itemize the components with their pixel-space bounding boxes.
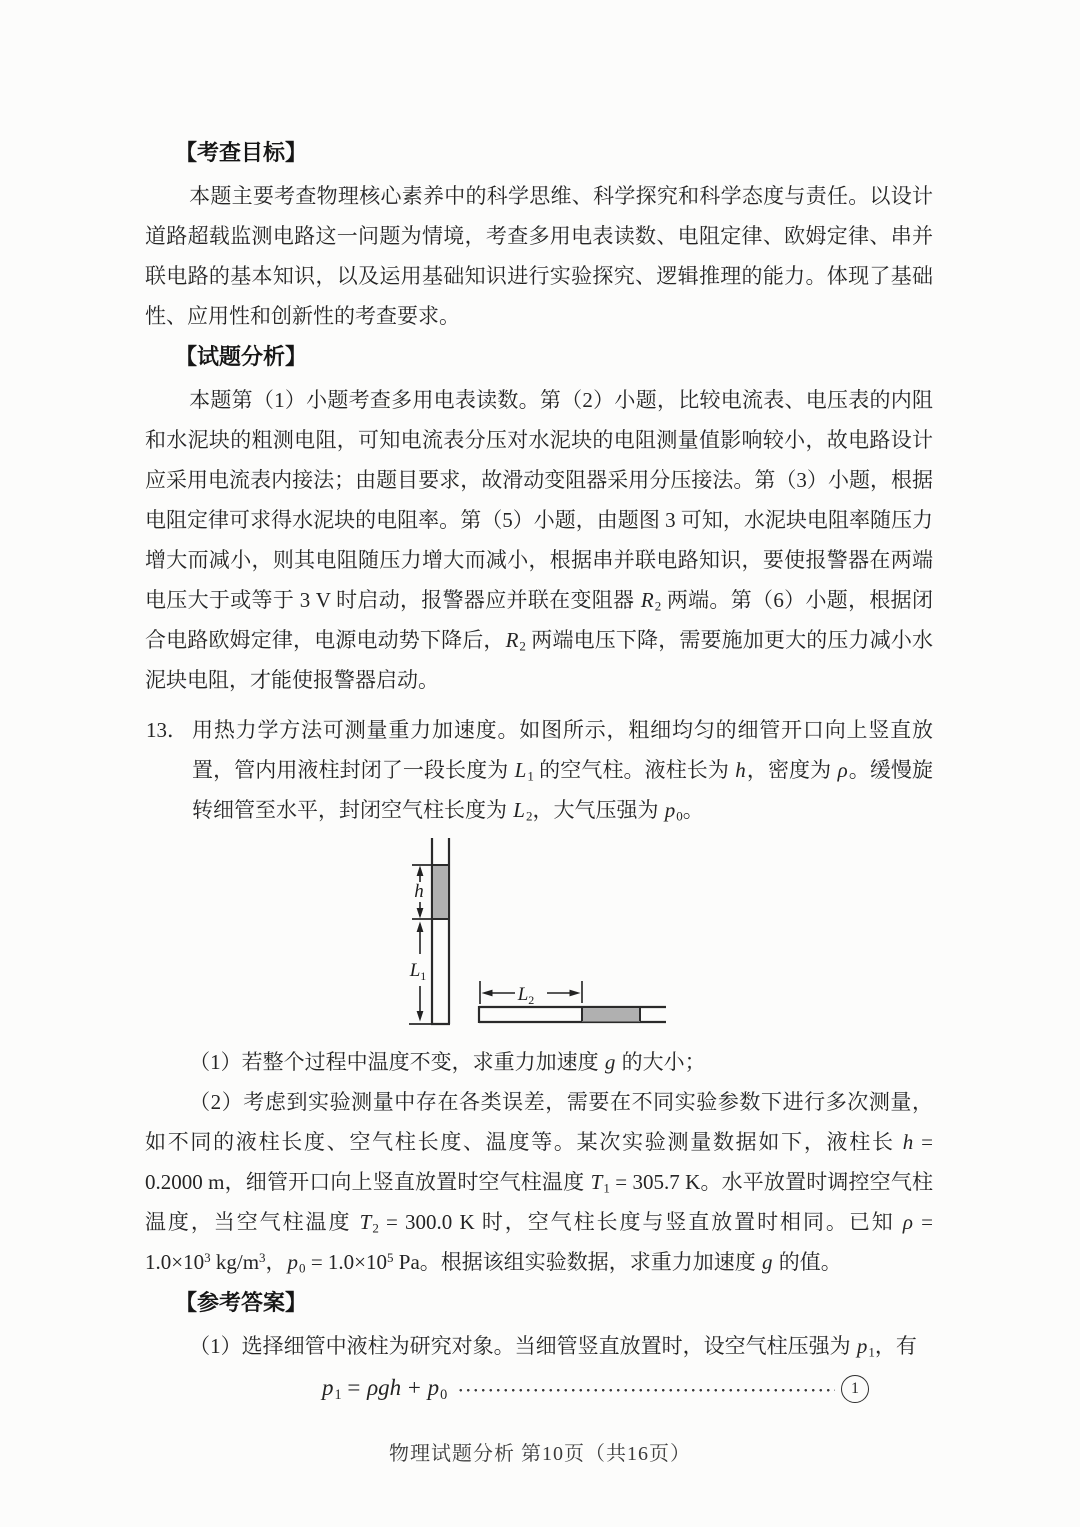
- equation-dot-leader: [457, 1368, 835, 1408]
- question-13: 13． 用热力学方法可测量重力加速度。如图所示，粗细均匀的细管开口向上竖直放置，…: [145, 710, 933, 830]
- objectives-paragraph: 本题主要考查物理核心素养中的科学思维、科学探究和科学态度与责任。以设计道路超载监…: [145, 176, 933, 336]
- analysis-heading: 【试题分析】: [175, 342, 933, 372]
- question-number: 13．: [145, 710, 192, 830]
- figure-wrap: h L1: [393, 834, 685, 1040]
- page-content: 【考查目标】 本题主要考查物理核心素养中的科学思维、科学探究和科学态度与责任。以…: [145, 138, 933, 1408]
- liquid-column-vertical: [433, 865, 448, 919]
- question-part2: （2）考虑到实验测量中存在各类误差，需要在不同实验参数下进行多次测量，如不同的液…: [145, 1082, 933, 1282]
- l1-label: L1: [409, 960, 427, 983]
- question-figure: h L1: [393, 834, 685, 1040]
- equation-number-badge: 1: [841, 1375, 869, 1403]
- question-body: 用热力学方法可测量重力加速度。如图所示，粗细均匀的细管开口向上竖直放置，管内用液…: [192, 710, 933, 830]
- question-part1: （1）若整个过程中温度不变，求重力加速度 g 的大小；: [145, 1042, 933, 1082]
- analysis-paragraph: 本题第（1）小题考查多用电表读数。第（2）小题，比较电流表、电压表的内阻和水泥块…: [145, 380, 933, 700]
- l2-label: L2: [517, 984, 535, 1007]
- equation-1: p1 = ρgh + p0: [321, 1368, 447, 1408]
- liquid-column-horizontal: [582, 1008, 640, 1022]
- objectives-heading: 【考查目标】: [175, 138, 933, 168]
- document-page: 【考查目标】 本题主要考查物理核心素养中的科学思维、科学探究和科学态度与责任。以…: [0, 0, 1080, 1527]
- page-footer: 物理试题分析 第10页（共16页）: [0, 1437, 1080, 1466]
- answer-line1: （1）选择细管中液柱为研究对象。当细管竖直放置时，设空气柱压强为 p1，有: [145, 1326, 933, 1366]
- equation-row: p1 = ρgh + p0 1: [321, 1368, 869, 1408]
- h-label: h: [414, 881, 424, 902]
- answer-heading: 【参考答案】: [175, 1288, 933, 1318]
